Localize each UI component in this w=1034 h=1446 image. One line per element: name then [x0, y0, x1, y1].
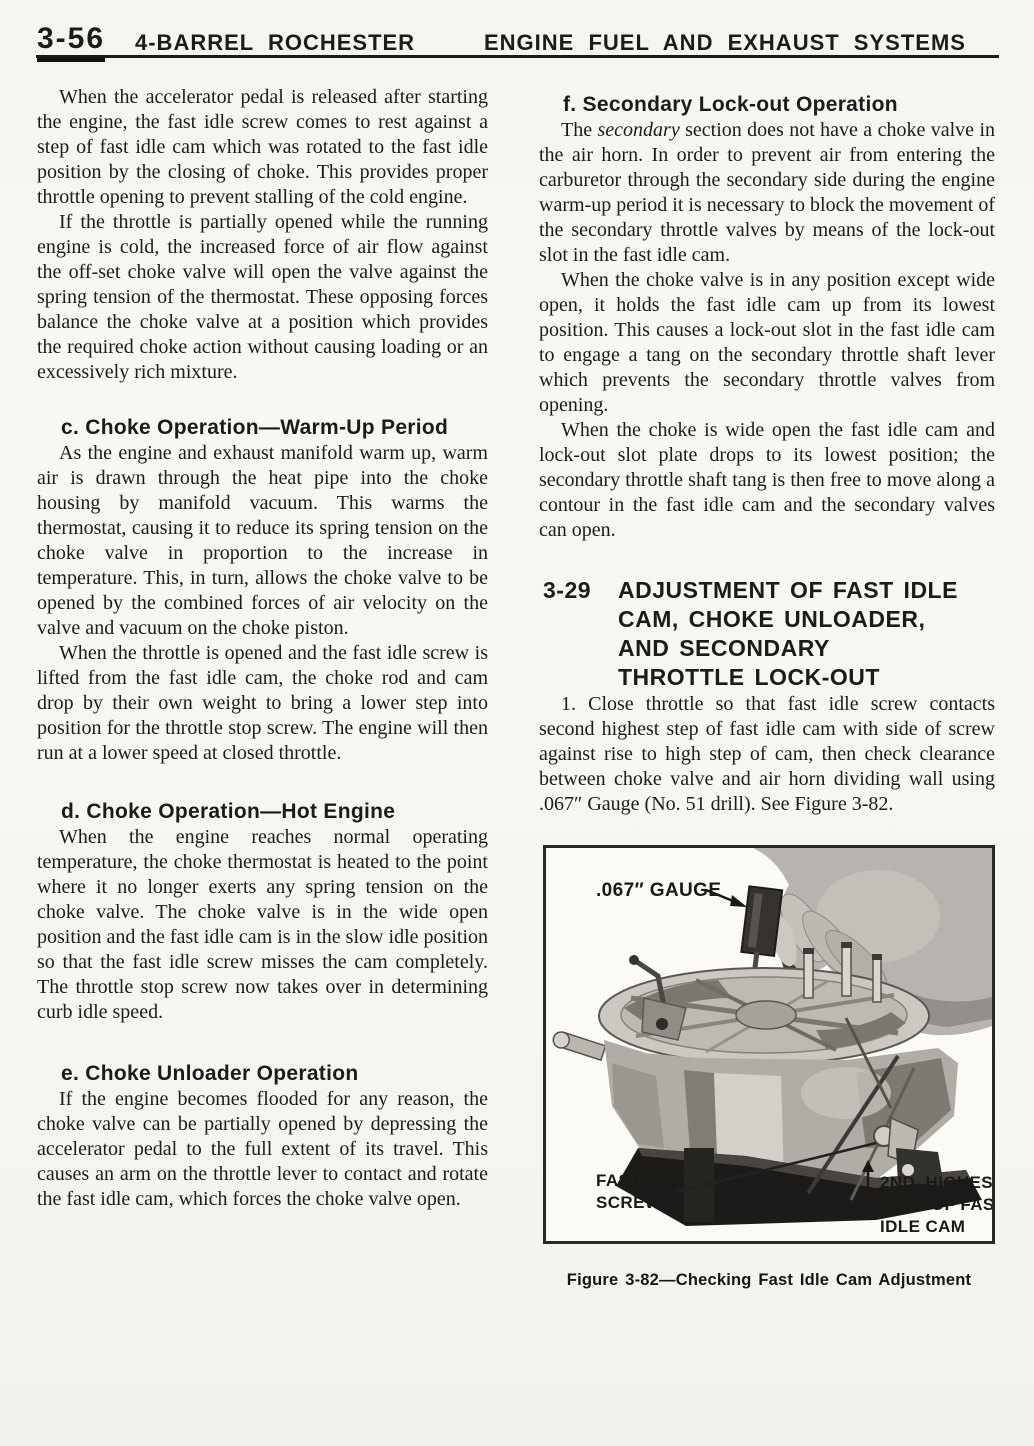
paragraph-step-1: 1. Close throttle so that fast idle scre…	[539, 692, 995, 817]
figure-3-82: .067″ GAUGE FAST IDLE SCREW 2ND. HIGHEST…	[543, 845, 995, 1244]
secondary-intro-pre: The	[561, 119, 598, 141]
paragraph-hot-engine: When the engine reaches normal operating…	[37, 825, 488, 1025]
secondary-intro-post: section does not have a choke valve in t…	[539, 119, 995, 266]
paragraph-secondary-intro: The secondary section does not have a ch…	[539, 118, 995, 268]
section-title: ADJUSTMENT OF FAST IDLE CAM, CHOKE UNLOA…	[618, 576, 963, 692]
svg-text:SCREW: SCREW	[596, 1193, 662, 1212]
header-rule	[36, 55, 999, 58]
section-3-29-heading: 3-29 ADJUSTMENT OF FAST IDLE CAM, CHOKE …	[539, 576, 995, 692]
secondary-intro-italic: secondary	[598, 119, 680, 141]
paragraph-choke-unloader: If the engine becomes flooded for any re…	[37, 1087, 488, 1212]
svg-text:STEP OF FAST: STEP OF FAST	[880, 1195, 992, 1214]
paragraph-warmup-1: As the engine and exhaust manifold warm …	[37, 441, 488, 641]
right-column: f. Secondary Lock-out Operation The seco…	[539, 92, 995, 1293]
gauge-label: .067″ GAUGE	[596, 880, 721, 901]
header-section-title: 4-BARREL ROCHESTER	[135, 30, 415, 56]
svg-text:IDLE CAM: IDLE CAM	[880, 1217, 965, 1236]
paragraph-lockout-released: When the choke is wide open the fast idl…	[539, 418, 995, 543]
figure-caption: Figure 3-82—Checking Fast Idle Cam Adjus…	[543, 1268, 995, 1293]
paragraph-throttle-partially-opened: If the throttle is partially opened whil…	[37, 210, 488, 385]
header-chapter-title: ENGINE FUEL AND EXHAUST SYSTEMS	[484, 30, 966, 56]
paragraph-warmup-2: When the throttle is opened and the fast…	[37, 641, 488, 766]
heading-choke-warmup: c. Choke Operation—Warm-Up Period	[37, 415, 488, 441]
section-number: 3-29	[539, 576, 618, 605]
heading-choke-hot-engine: d. Choke Operation—Hot Engine	[37, 799, 488, 825]
carburetor-photo: .067″ GAUGE FAST IDLE SCREW 2ND. HIGHEST…	[546, 848, 992, 1241]
svg-text:FAST IDLE: FAST IDLE	[596, 1171, 687, 1190]
svg-text:2ND. HIGHEST: 2ND. HIGHEST	[880, 1173, 992, 1192]
manual-page: 3-56 4-BARREL ROCHESTER ENGINE FUEL AND …	[0, 0, 1034, 1446]
heading-secondary-lockout: f. Secondary Lock-out Operation	[539, 92, 995, 118]
heading-choke-unloader: e. Choke Unloader Operation	[37, 1061, 488, 1087]
paragraph-lockout-engaged: When the choke valve is in any position …	[539, 268, 995, 418]
paragraph-fast-idle-screw: When the accelerator pedal is released a…	[37, 85, 488, 210]
left-column: When the accelerator pedal is released a…	[37, 85, 488, 1212]
